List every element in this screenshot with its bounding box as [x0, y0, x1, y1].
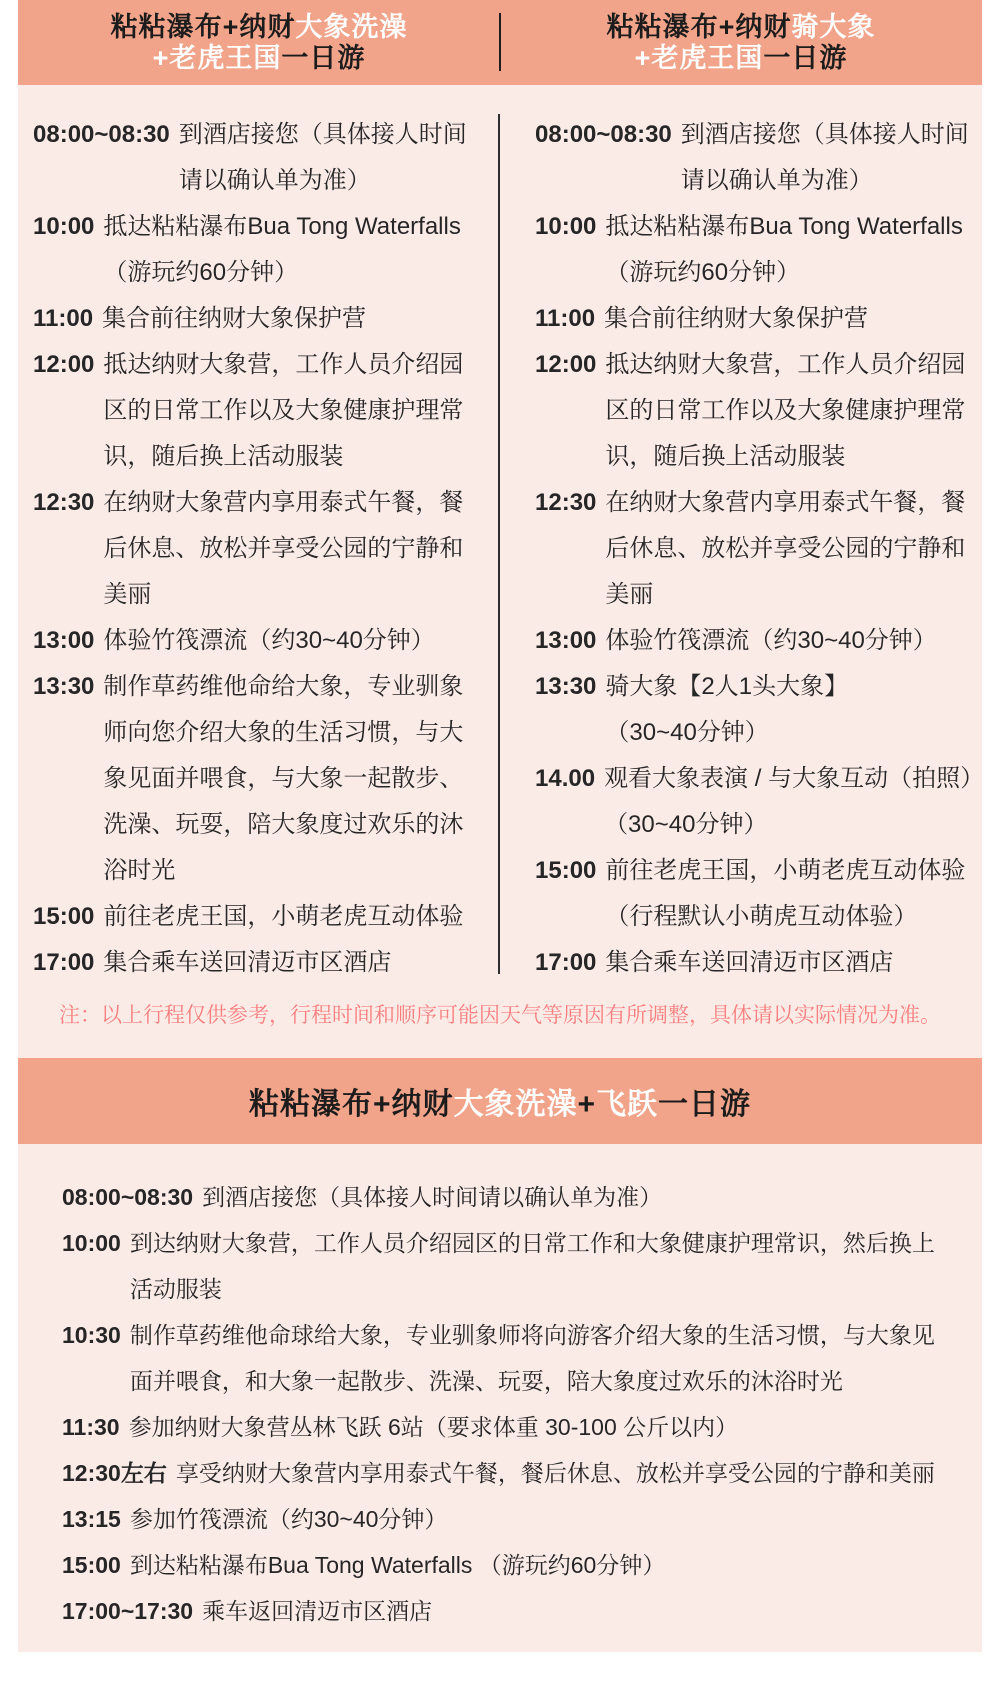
item-description-line: 在纳财大象营内享用泰式午餐，餐 — [103, 480, 463, 526]
item-description: 抵达粘粘瀑布Bua Tong Waterfalls（游玩约60分钟） — [605, 204, 962, 296]
itinerary-item: 14.00观看大象表演 / 与大象互动（拍照）（30~40分钟） — [535, 756, 982, 848]
item-description-line: 观看大象表演 / 与大象互动（拍照） — [604, 756, 984, 802]
item-time: 12:30 — [33, 480, 94, 526]
single-itinerary-body: 08:00~08:30到酒店接您（具体接人时间请以确认单为准）10:00到达纳财… — [18, 1144, 982, 1652]
item-description-line: 师向您介绍大象的生活习惯，与大 — [103, 710, 463, 756]
itinerary-item: 13:15参加竹筏漂流（约30~40分钟） — [62, 1496, 962, 1542]
tour-title-left-line1: 粘粘瀑布+纳财大象洗澡 — [18, 12, 500, 43]
item-description-line: （游玩约60分钟） — [103, 250, 460, 296]
item-description-line: 到酒店接您（具体接人时间 — [681, 112, 969, 158]
title-segment: 骑大象 — [791, 12, 875, 42]
itinerary-item: 11:30参加纳财大象营丛林飞跃 6站（要求体重 30-100 公斤以内） — [62, 1404, 962, 1450]
item-description-line: 体验竹筏漂流（约30~40分钟） — [103, 618, 434, 664]
item-description-line: 抵达纳财大象营，工作人员介绍园 — [103, 342, 463, 388]
item-description-line: 请以确认单为准） — [179, 158, 467, 204]
item-description-line: 到酒店接您（具体接人时间请以确认单为准） — [202, 1174, 662, 1220]
item-time: 13:30 — [535, 664, 596, 710]
column-divider — [498, 114, 500, 974]
single-tour-title: 粘粘瀑布+纳财大象洗澡+飞跃一日游 — [249, 1079, 751, 1123]
item-description-line: 美丽 — [605, 572, 965, 618]
itinerary-item: 17:00~17:30乘车返回清迈市区酒店 — [62, 1588, 962, 1634]
item-description: 到酒店接您（具体接人时间请以确认单为准） — [179, 112, 467, 204]
item-description-line: 集合前往纳财大象保护营 — [604, 296, 868, 342]
item-description-line: 后休息、放松并享受公园的宁静和 — [605, 526, 965, 572]
item-time: 13:00 — [535, 618, 596, 664]
item-description: 抵达纳财大象营，工作人员介绍园区的日常工作以及大象健康护理常识，随后换上活动服装 — [103, 342, 463, 480]
item-time: 17:00~17:30 — [62, 1588, 193, 1634]
title-segment: 飞跃 — [596, 1088, 658, 1121]
item-description: 在纳财大象营内享用泰式午餐，餐后休息、放松并享受公园的宁静和美丽 — [605, 480, 965, 618]
item-description: 到达纳财大象营，工作人员介绍园区的日常工作和大象健康护理常识，然后换上活动服装 — [130, 1220, 935, 1312]
item-description-line: 识，随后换上活动服装 — [605, 434, 965, 480]
tour-title-right-line1: 粘粘瀑布+纳财骑大象 — [500, 12, 982, 43]
item-time: 10:00 — [62, 1220, 121, 1266]
title-segment: 粘粘瀑布+纳财 — [607, 12, 792, 42]
itinerary-item: 17:00集合乘车送回清迈市区酒店 — [535, 940, 982, 986]
item-description: 集合前往纳财大象保护营 — [604, 296, 868, 342]
item-time: 11:30 — [62, 1404, 120, 1450]
item-description-line: 到达纳财大象营，工作人员介绍园区的日常工作和大象健康护理常识，然后换上 — [130, 1220, 935, 1266]
item-description-line: 骑大象【2人1头大象】 — [605, 664, 848, 710]
item-time: 08:00~08:30 — [33, 112, 170, 158]
itinerary-page: 粘粘瀑布+纳财大象洗澡 +老虎王国一日游 粘粘瀑布+纳财骑大象 +老虎王国一日游… — [0, 0, 1000, 1681]
itinerary-item: 10:00抵达粘粘瀑布Bua Tong Waterfalls（游玩约60分钟） — [33, 204, 500, 296]
item-time: 17:00 — [535, 940, 596, 986]
header-divider — [499, 13, 501, 71]
itinerary-item: 15:00前往老虎王国，小萌老虎互动体验 — [33, 894, 500, 940]
item-description: 集合乘车送回清迈市区酒店 — [103, 940, 391, 986]
item-time: 08:00~08:30 — [62, 1174, 193, 1220]
item-description-line: （游玩约60分钟） — [605, 250, 962, 296]
item-description: 体验竹筏漂流（约30~40分钟） — [103, 618, 434, 664]
itinerary-item: 12:00抵达纳财大象营，工作人员介绍园区的日常工作以及大象健康护理常识，随后换… — [535, 342, 982, 480]
item-time: 12:30 — [535, 480, 596, 526]
item-time: 13:15 — [62, 1496, 121, 1542]
item-description-line: 活动服装 — [130, 1266, 935, 1312]
item-description: 抵达粘粘瀑布Bua Tong Waterfalls（游玩约60分钟） — [103, 204, 460, 296]
item-description-line: 请以确认单为准） — [681, 158, 969, 204]
item-time: 11:00 — [535, 296, 595, 342]
item-description-line: 区的日常工作以及大象健康护理常 — [605, 388, 965, 434]
item-description-line: 美丽 — [103, 572, 463, 618]
item-description-line: 制作草药维他命球给大象，专业驯象师将向游客介绍大象的生活习惯，与大象见 — [130, 1312, 935, 1358]
itinerary-item: 08:00~08:30到酒店接您（具体接人时间请以确认单为准） — [33, 112, 500, 204]
tour-title-left-line2: +老虎王国一日游 — [18, 43, 500, 74]
item-description-line: 识，随后换上活动服装 — [103, 434, 463, 480]
item-description: 观看大象表演 / 与大象互动（拍照）（30~40分钟） — [604, 756, 984, 848]
dual-tour-header: 粘粘瀑布+纳财大象洗澡 +老虎王国一日游 粘粘瀑布+纳财骑大象 +老虎王国一日游 — [18, 0, 982, 85]
itinerary-item: 12:30左右享受纳财大象营内享用泰式午餐，餐后休息、放松并享受公园的宁静和美丽 — [62, 1450, 962, 1496]
itinerary-column-left: 08:00~08:30到酒店接您（具体接人时间请以确认单为准）10:00抵达粘粘… — [18, 112, 500, 986]
item-description-line: 洗澡、玩耍，陪大象度过欢乐的沐 — [103, 802, 463, 848]
item-time: 10:00 — [33, 204, 94, 250]
itinerary-item: 10:00抵达粘粘瀑布Bua Tong Waterfalls（游玩约60分钟） — [535, 204, 982, 296]
item-description: 制作草药维他命给大象，专业驯象师向您介绍大象的生活习惯，与大象见面并喂食，与大象… — [103, 664, 463, 894]
item-description: 参加纳财大象营丛林飞跃 6站（要求体重 30-100 公斤以内） — [129, 1404, 739, 1450]
item-description: 体验竹筏漂流（约30~40分钟） — [605, 618, 936, 664]
itinerary-item: 15:00到达粘粘瀑布Bua Tong Waterfalls （游玩约60分钟） — [62, 1542, 962, 1588]
title-segment: + — [578, 1088, 597, 1121]
item-description-line: （30~40分钟） — [604, 802, 984, 848]
itinerary-item: 08:00~08:30到酒店接您（具体接人时间请以确认单为准） — [535, 112, 982, 204]
content-container: 粘粘瀑布+纳财大象洗澡 +老虎王国一日游 粘粘瀑布+纳财骑大象 +老虎王国一日游… — [18, 0, 982, 1652]
item-time: 13:00 — [33, 618, 94, 664]
item-description-line: 前往老虎王国，小萌老虎互动体验 — [103, 894, 463, 940]
item-description: 到酒店接您（具体接人时间请以确认单为准） — [681, 112, 969, 204]
item-description: 乘车返回清迈市区酒店 — [202, 1588, 432, 1634]
item-time: 15:00 — [33, 894, 94, 940]
item-time: 11:00 — [33, 296, 93, 342]
title-segment: 粘粘瀑布+纳财 — [111, 12, 296, 42]
item-description-line: 区的日常工作以及大象健康护理常 — [103, 388, 463, 434]
item-time: 15:00 — [535, 848, 596, 894]
item-description-line: 参加纳财大象营丛林飞跃 6站（要求体重 30-100 公斤以内） — [129, 1404, 739, 1450]
itinerary-item: 13:00体验竹筏漂流（约30~40分钟） — [535, 618, 982, 664]
item-description: 到达粘粘瀑布Bua Tong Waterfalls （游玩约60分钟） — [130, 1542, 666, 1588]
item-description-line: 制作草药维他命给大象，专业驯象 — [103, 664, 463, 710]
itinerary-item: 13:00体验竹筏漂流（约30~40分钟） — [33, 618, 500, 664]
item-description-line: 体验竹筏漂流（约30~40分钟） — [605, 618, 936, 664]
itinerary-item: 11:00集合前往纳财大象保护营 — [535, 296, 982, 342]
item-description: 骑大象【2人1头大象】（30~40分钟） — [605, 664, 848, 756]
item-description-line: 乘车返回清迈市区酒店 — [202, 1588, 432, 1634]
itinerary-item: 08:00~08:30到酒店接您（具体接人时间请以确认单为准） — [62, 1174, 962, 1220]
item-time: 10:30 — [62, 1312, 121, 1358]
itinerary-column-right: 08:00~08:30到酒店接您（具体接人时间请以确认单为准）10:00抵达粘粘… — [500, 112, 982, 986]
item-description-line: 面并喂食，和大象一起散步、洗澡、玩耍，陪大象度过欢乐的沐浴时光 — [130, 1358, 935, 1404]
tour-title-left: 粘粘瀑布+纳财大象洗澡 +老虎王国一日游 — [18, 12, 500, 74]
item-description-line: 到酒店接您（具体接人时间 — [179, 112, 467, 158]
item-description: 前往老虎王国，小萌老虎互动体验（行程默认小萌虎互动体验） — [605, 848, 965, 940]
item-description-line: 参加竹筏漂流（约30~40分钟） — [130, 1496, 448, 1542]
title-segment: 一日游 — [658, 1088, 751, 1121]
itinerary-item: 17:00集合乘车送回清迈市区酒店 — [33, 940, 500, 986]
itinerary-item: 12:30在纳财大象营内享用泰式午餐，餐后休息、放松并享受公园的宁静和美丽 — [33, 480, 500, 618]
itinerary-item: 10:00到达纳财大象营，工作人员介绍园区的日常工作和大象健康护理常识，然后换上… — [62, 1220, 962, 1312]
item-time: 12:00 — [33, 342, 94, 388]
item-description-line: 集合乘车送回清迈市区酒店 — [103, 940, 391, 986]
item-description: 集合前往纳财大象保护营 — [102, 296, 366, 342]
itinerary-item: 12:30在纳财大象营内享用泰式午餐，餐后休息、放松并享受公园的宁静和美丽 — [535, 480, 982, 618]
itinerary-column-bottom: 08:00~08:30到酒店接您（具体接人时间请以确认单为准）10:00到达纳财… — [62, 1174, 962, 1634]
item-description: 在纳财大象营内享用泰式午餐，餐后休息、放松并享受公园的宁静和美丽 — [103, 480, 463, 618]
itinerary-item: 13:30制作草药维他命给大象，专业驯象师向您介绍大象的生活习惯，与大象见面并喂… — [33, 664, 500, 894]
item-time: 08:00~08:30 — [535, 112, 672, 158]
item-description-line: 浴时光 — [103, 848, 463, 894]
title-segment: +老虎王国 — [635, 43, 764, 73]
item-description: 抵达纳财大象营，工作人员介绍园区的日常工作以及大象健康护理常识，随后换上活动服装 — [605, 342, 965, 480]
itinerary-columns: 08:00~08:30到酒店接您（具体接人时间请以确认单为准）10:00抵达粘粘… — [18, 112, 982, 986]
item-description: 到酒店接您（具体接人时间请以确认单为准） — [202, 1174, 662, 1220]
item-description-line: 抵达粘粘瀑布Bua Tong Waterfalls — [605, 204, 962, 250]
title-segment: 一日游 — [281, 43, 365, 73]
item-description-line: （30~40分钟） — [605, 710, 848, 756]
itinerary-item: 11:00集合前往纳财大象保护营 — [33, 296, 500, 342]
item-time: 12:30左右 — [62, 1450, 167, 1496]
item-time: 12:00 — [535, 342, 596, 388]
title-segment: 大象洗澡 — [295, 12, 407, 42]
itinerary-item: 15:00前往老虎王国，小萌老虎互动体验（行程默认小萌虎互动体验） — [535, 848, 982, 940]
disclaimer-note: 注：以上行程仅供参考，行程时间和顺序可能因天气等原因有所调整，具体请以实际情况为… — [18, 1000, 982, 1032]
item-description: 集合乘车送回清迈市区酒店 — [605, 940, 893, 986]
tour-title-right: 粘粘瀑布+纳财骑大象 +老虎王国一日游 — [500, 12, 982, 74]
tour-title-right-line2: +老虎王国一日游 — [500, 43, 982, 74]
item-description-line: 在纳财大象营内享用泰式午餐，餐 — [605, 480, 965, 526]
item-time: 14.00 — [535, 756, 595, 802]
item-description: 享受纳财大象营内享用泰式午餐，餐后休息、放松并享受公园的宁静和美丽 — [176, 1450, 935, 1496]
title-segment: +老虎王国 — [153, 43, 282, 73]
item-time: 15:00 — [62, 1542, 121, 1588]
item-description-line: （行程默认小萌虎互动体验） — [605, 894, 965, 940]
title-segment: 粘粘瀑布+纳财 — [249, 1088, 454, 1121]
itinerary-item: 13:30骑大象【2人1头大象】（30~40分钟） — [535, 664, 982, 756]
title-segment: 大象洗澡 — [454, 1088, 578, 1121]
itinerary-item: 12:00抵达纳财大象营，工作人员介绍园区的日常工作以及大象健康护理常识，随后换… — [33, 342, 500, 480]
item-description-line: 抵达纳财大象营，工作人员介绍园 — [605, 342, 965, 388]
item-description: 前往老虎王国，小萌老虎互动体验 — [103, 894, 463, 940]
title-segment: 一日游 — [763, 43, 847, 73]
item-description-line: 集合乘车送回清迈市区酒店 — [605, 940, 893, 986]
item-description: 制作草药维他命球给大象，专业驯象师将向游客介绍大象的生活习惯，与大象见面并喂食，… — [130, 1312, 935, 1404]
item-time: 13:30 — [33, 664, 94, 710]
item-description-line: 到达粘粘瀑布Bua Tong Waterfalls （游玩约60分钟） — [130, 1542, 666, 1588]
single-tour-header: 粘粘瀑布+纳财大象洗澡+飞跃一日游 — [18, 1058, 982, 1144]
item-description: 参加竹筏漂流（约30~40分钟） — [130, 1496, 448, 1542]
item-description-line: 前往老虎王国，小萌老虎互动体验 — [605, 848, 965, 894]
item-description-line: 象见面并喂食，与大象一起散步、 — [103, 756, 463, 802]
item-time: 10:00 — [535, 204, 596, 250]
dual-itinerary-body: 08:00~08:30到酒店接您（具体接人时间请以确认单为准）10:00抵达粘粘… — [18, 85, 982, 1058]
item-description-line: 抵达粘粘瀑布Bua Tong Waterfalls — [103, 204, 460, 250]
item-description-line: 享受纳财大象营内享用泰式午餐，餐后休息、放松并享受公园的宁静和美丽 — [176, 1450, 935, 1496]
item-description-line: 集合前往纳财大象保护营 — [102, 296, 366, 342]
itinerary-item: 10:30制作草药维他命球给大象，专业驯象师将向游客介绍大象的生活习惯，与大象见… — [62, 1312, 962, 1404]
item-description-line: 后休息、放松并享受公园的宁静和 — [103, 526, 463, 572]
item-time: 17:00 — [33, 940, 94, 986]
